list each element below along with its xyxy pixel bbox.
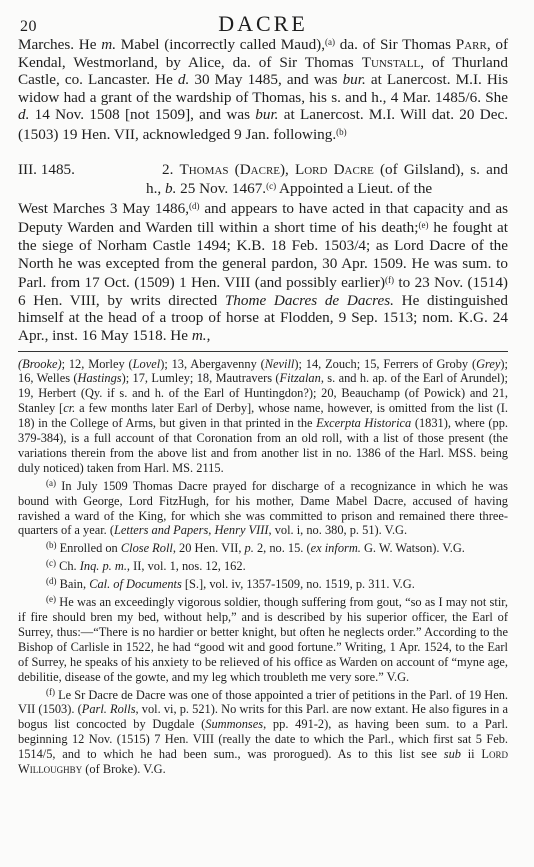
footnote-ref-b: (b) <box>336 127 347 137</box>
footnotes: (Brooke); 12, Morley (Lovel); 13, Aberga… <box>18 357 508 777</box>
footnote-ref-f: (f) <box>385 275 394 285</box>
entry-first-lines: 2. Thomas (Dacre), Lord Dacre (of Gilsla… <box>146 161 508 198</box>
document-page: 20 DACRE Marches. He m. Mabel (incorrect… <box>18 0 508 777</box>
footnote-a: (a) In July 1509 Thomas Dacre prayed for… <box>18 476 508 539</box>
footnote-e: (e) He was an exceedingly vigorous soldi… <box>18 592 508 684</box>
page-title: DACRE <box>18 11 508 37</box>
footnote-b: (b) Enrolled on Close Roll, 20 Hen. VII,… <box>18 538 508 556</box>
footnote-ref-d: (d) <box>189 201 200 211</box>
footnote-f: (f) Le Sr Dacre de Dacre was one of thos… <box>18 685 508 777</box>
spacer <box>18 144 508 161</box>
footnote-divider <box>18 351 508 352</box>
peerage-entry-heading: III. 1485. 2. Thomas (Dacre), Lord Dacre… <box>18 161 508 198</box>
opening-paragraph: Marches. He m. Mabel (incorrectly called… <box>18 34 508 144</box>
footnote-ref-a: (a) <box>325 37 335 47</box>
footnote-ref-c: (c) <box>266 181 276 191</box>
continued-footnote: (Brooke); 12, Morley (Lovel); 13, Aberga… <box>18 357 508 476</box>
entry-number: III. 1485. <box>18 161 146 179</box>
entry-body: West Marches 3 May 1486,(d) and appears … <box>18 198 508 345</box>
entry-holder-name: Thomas (Dacre), Lord Dacre <box>180 161 374 178</box>
main-text: Marches. He m. Mabel (incorrectly called… <box>18 34 508 345</box>
footnote-d: (d) Bain, Cal. of Documents [S.], vol. i… <box>18 574 508 592</box>
footnote-c: (c) Ch. Inq. p. m., II, vol. 1, nos. 12,… <box>18 556 508 574</box>
running-head: 20 DACRE <box>18 0 508 34</box>
footnote-ref-e: (e) <box>418 220 428 230</box>
